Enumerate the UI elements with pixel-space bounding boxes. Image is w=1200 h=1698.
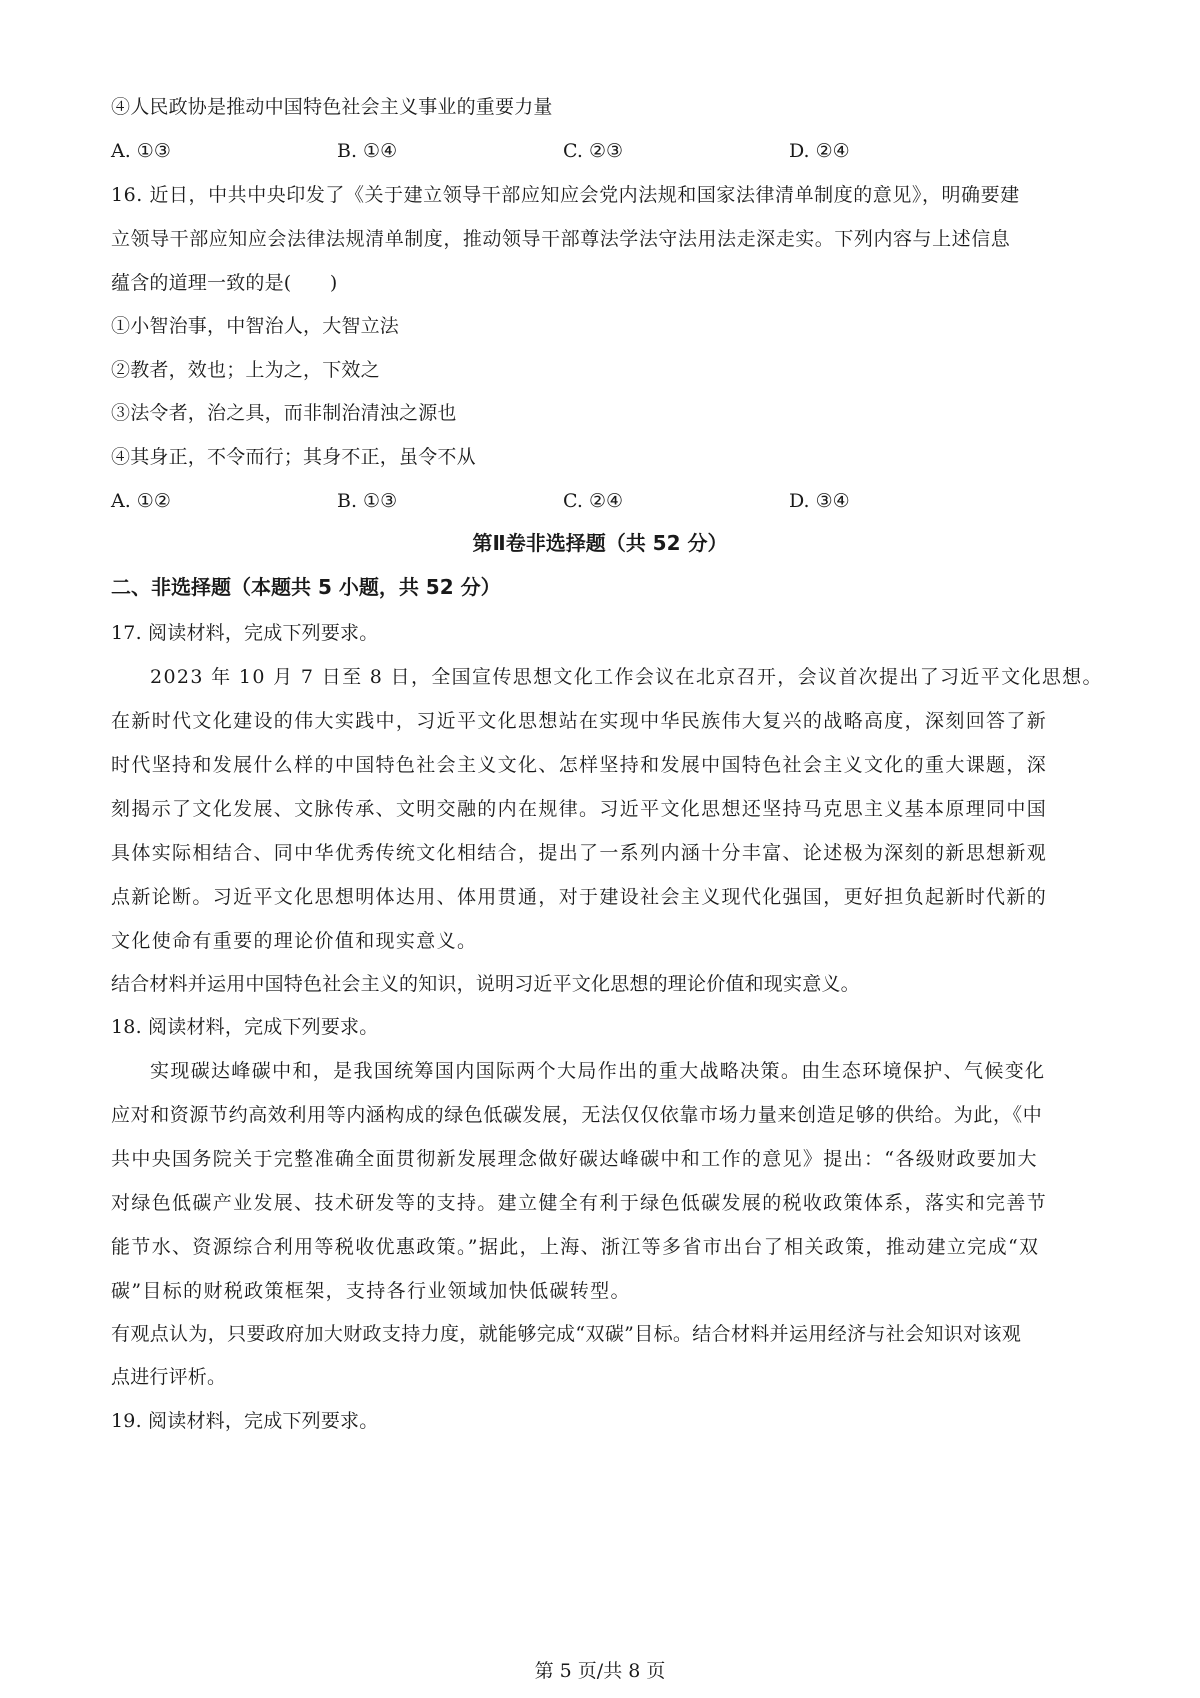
q18-material-line-3: 共中央国务院关于完整准确全面贯彻新发展理念做好碳达峰碳中和工作的意见》提出：“各… — [111, 1146, 1091, 1172]
q16-stem-line-3: 蕴含的道理一致的是( ) — [111, 270, 1091, 296]
q18-material-line-5: 能节水、资源综合利用等税收优惠政策。”据此，上海、浙江等多省市出台了相关政策，推… — [111, 1234, 1091, 1260]
section-title: 第Ⅱ卷非选择题（共 52 分） — [0, 529, 1200, 557]
section-heading: 二、非选择题（本题共 5 小题，共 52 分） — [111, 573, 501, 601]
q17-material-line-4: 刻揭示了文化发展、文脉传承、文明交融的内在规律。习近平文化思想还坚持马克思主义基… — [111, 796, 1091, 822]
q16-item-1: ①小智治事，中智治人，大智立法 — [111, 313, 1091, 339]
q18-material-line-4: 对绿色低碳产业发展、技术研发等的支持。建立健全有利于绿色低碳发展的税收政策体系，… — [111, 1190, 1091, 1216]
q18-material-line-6: 碳”目标的财税政策框架，支持各行业领域加快低碳转型。 — [111, 1278, 1091, 1304]
q17-material-line-7: 文化使命有重要的理论价值和现实意义。 — [111, 928, 1091, 954]
q15-option-c: C. ②③ — [563, 138, 623, 164]
q17-material-line-2: 在新时代文化建设的伟大实践中，习近平文化思想站在实现中华民族伟大复兴的战略高度，… — [111, 708, 1091, 734]
q17-material-line-6: 点新论断。习近平文化思想明体达用、体用贯通，对于建设社会主义现代化强国，更好担负… — [111, 884, 1091, 910]
q18-question-line-2: 点进行评析。 — [111, 1364, 1091, 1390]
q16-stem-line-1: 16. 近日，中共中央印发了《关于建立领导干部应知应会党内法规和国家法律清单制度… — [111, 182, 1091, 208]
q16-option-c: C. ②④ — [563, 488, 623, 514]
q17-material-line-5: 具体实际相结合、同中华优秀传统文化相结合，提出了一系列内涵十分丰富、论述极为深刻… — [111, 840, 1091, 866]
q16-item-2: ②教者，效也；上为之，下效之 — [111, 357, 1091, 383]
exam-page: ④人民政协是推动中国特色社会主义事业的重要力量 A. ①③ B. ①④ C. ②… — [0, 0, 1200, 1698]
q18-question-line-1: 有观点认为，只要政府加大财政支持力度，就能够完成“双碳”目标。结合材料并运用经济… — [111, 1321, 1091, 1347]
q17-material-line-1: 2023 年 10 月 7 日至 8 日，全国宣传思想文化工作会议在北京召开，会… — [150, 664, 1090, 690]
q16-item-4: ④其身正，不令而行；其身不正，虽令不从 — [111, 444, 1091, 470]
q15-option-d: D. ②④ — [789, 138, 850, 164]
q15-option-b: B. ①④ — [337, 138, 397, 164]
q16-option-b: B. ①③ — [337, 488, 397, 514]
q15-option-a: A. ①③ — [111, 138, 171, 164]
q15-item-4: ④人民政协是推动中国特色社会主义事业的重要力量 — [111, 94, 1091, 120]
q17-question: 结合材料并运用中国特色社会主义的知识，说明习近平文化思想的理论价值和现实意义。 — [111, 971, 1091, 997]
q16-option-d: D. ③④ — [789, 488, 850, 514]
q18-material-line-2: 应对和资源节约高效利用等内涵构成的绿色低碳发展，无法仅仅依靠市场力量来创造足够的… — [111, 1102, 1091, 1128]
q16-stem-line-2: 立领导干部应知应会法律法规清单制度，推动领导干部尊法学法守法用法走深走实。下列内… — [111, 226, 1091, 252]
q17-title: 17. 阅读材料，完成下列要求。 — [111, 620, 1091, 646]
page-number: 第 5 页/共 8 页 — [0, 1658, 1200, 1684]
q17-material-line-3: 时代坚持和发展什么样的中国特色社会主义文化、怎样坚持和发展中国特色社会主义文化的… — [111, 752, 1091, 778]
q16-option-a: A. ①② — [111, 488, 171, 514]
q18-material-line-1: 实现碳达峰碳中和，是我国统筹国内国际两个大局作出的重大战略决策。由生态环境保护、… — [150, 1058, 1130, 1084]
q18-title: 18. 阅读材料，完成下列要求。 — [111, 1014, 1091, 1040]
q16-item-3: ③法令者，治之具，而非制治清浊之源也 — [111, 400, 1091, 426]
q19-title: 19. 阅读材料，完成下列要求。 — [111, 1408, 1091, 1434]
